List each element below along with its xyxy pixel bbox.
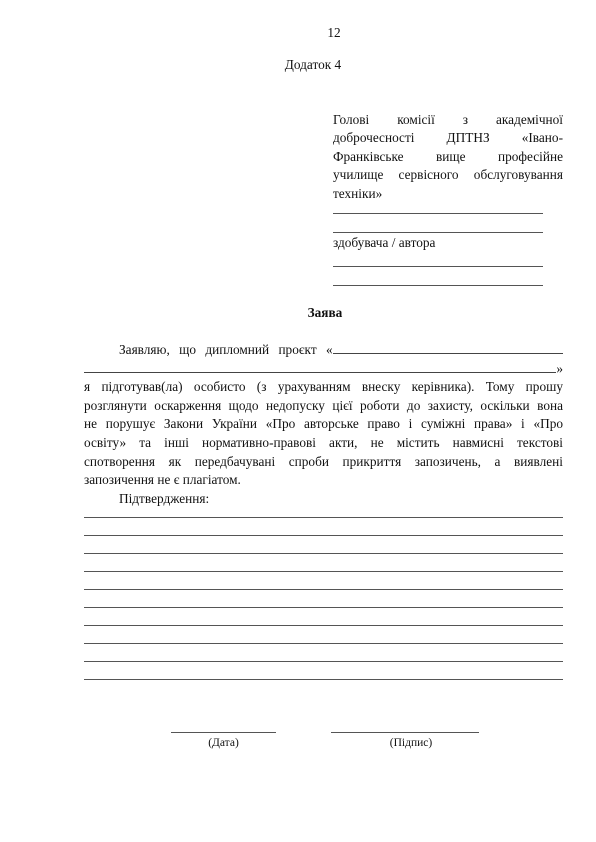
statement-line: запозичення не є плагіатом. (84, 471, 563, 490)
confirmation-blank-line[interactable] (84, 607, 563, 608)
confirmation-label: Підтвердження: (84, 490, 563, 509)
statement-line: розглянути оскарження щодо недопуску ціє… (84, 397, 563, 416)
appendix-label: Додаток 4 (0, 57, 596, 73)
addressee-line: Франківське вище професійне (333, 148, 563, 166)
project-title-field[interactable] (333, 341, 563, 354)
addressee-block: Голові комісії з академічної доброчеснос… (333, 111, 563, 203)
statement-line: освіту» та інші нормативно-правові акти,… (84, 434, 563, 453)
closing-quote: » (556, 360, 563, 379)
statement-line: я підготував(ла) особисто (з урахуванням… (84, 378, 563, 397)
statement-body: Заявляю, що дипломний проєкт « » я підго… (84, 341, 563, 508)
confirmation-blank-line[interactable] (84, 625, 563, 626)
author-blank-line[interactable] (333, 266, 543, 267)
statement-line: спотворення як передбачувані спроби прик… (84, 453, 563, 472)
addressee-blank-line[interactable] (333, 213, 543, 214)
statement-title: Заява (0, 305, 596, 321)
statement-line: не порушує Закони України «Про авторське… (84, 415, 563, 434)
date-field[interactable] (171, 732, 276, 733)
addressee-line: техніки» (333, 185, 563, 203)
addressee-line: Голові комісії з академічної (333, 111, 563, 129)
statement-intro: Заявляю, що дипломний проєкт « (119, 341, 333, 360)
page-number: 12 (0, 25, 596, 41)
signature-label: (Підпис) (331, 737, 491, 749)
project-title-field-continued[interactable] (84, 360, 556, 373)
addressee-line: училище сервісного обслуговування (333, 166, 563, 184)
confirmation-blank-line[interactable] (84, 643, 563, 644)
confirmation-blank-line[interactable] (84, 535, 563, 536)
addressee-blank-line[interactable] (333, 232, 543, 233)
confirmation-blank-line[interactable] (84, 589, 563, 590)
author-role-label: здобувача / автора (333, 235, 435, 251)
addressee-line: доброчесності ДПТНЗ «Івано- (333, 129, 563, 147)
author-blank-line[interactable] (333, 285, 543, 286)
confirmation-blank-line[interactable] (84, 517, 563, 518)
date-label: (Дата) (171, 737, 276, 749)
confirmation-blank-line[interactable] (84, 571, 563, 572)
confirmation-blank-line[interactable] (84, 553, 563, 554)
confirmation-blank-line[interactable] (84, 661, 563, 662)
signature-field[interactable] (331, 732, 479, 733)
confirmation-blank-line[interactable] (84, 679, 563, 680)
